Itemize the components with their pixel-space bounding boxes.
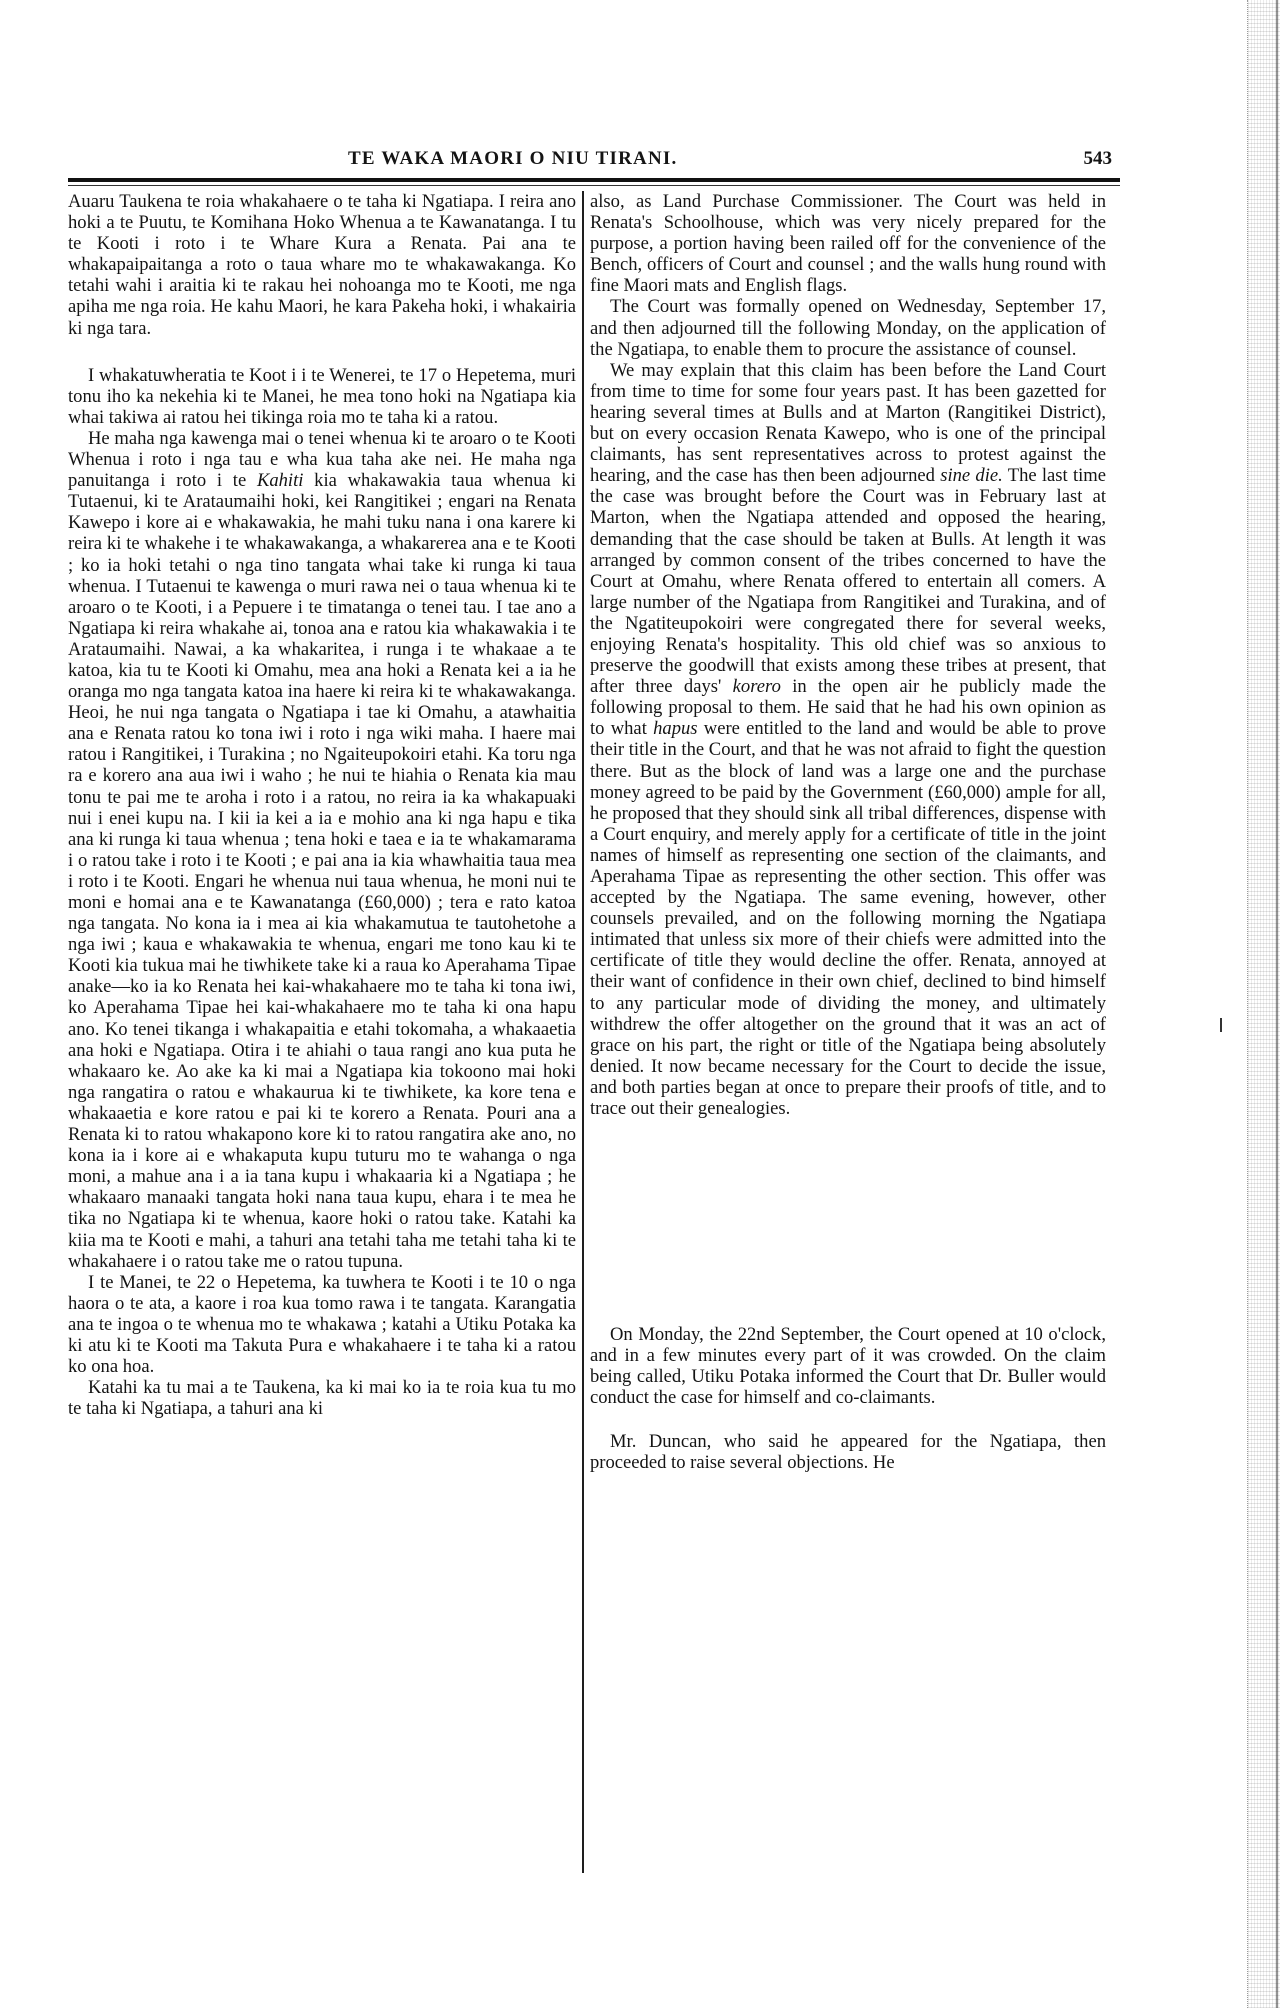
scan-edge-artifact	[1247, 0, 1280, 2008]
right-column-english: also, as Land Purchase Commissioner. The…	[590, 191, 1106, 1473]
paragraph: Auaru Taukena te roia whakahaere o te ta…	[68, 191, 576, 339]
italic-term: sine die.	[940, 465, 1003, 486]
spacer	[590, 1409, 1106, 1431]
paragraph: Katahi ka tu mai a te Taukena, ka ki mai…	[68, 1377, 576, 1419]
text-run: The last time the case was brought befor…	[590, 465, 1106, 697]
paragraph: We may explain that this claim has been …	[590, 360, 1106, 1119]
paragraph: Mr. Duncan, who said he appeared for the…	[590, 1431, 1106, 1473]
paragraph: He maha nga kawenga mai o tenei whenua k…	[68, 428, 576, 1272]
paragraph: On Monday, the 22nd September, the Court…	[590, 1324, 1106, 1408]
spacer	[590, 1119, 1106, 1324]
header-rule-thick	[68, 178, 1120, 182]
running-title: TE WAKA MAORI O NIU TIRANI.	[348, 148, 677, 170]
page-number: 543	[1084, 148, 1113, 170]
paragraph: I te Manei, te 22 o Hepetema, ka tuwhera…	[68, 1272, 576, 1377]
scan-mark	[1220, 1018, 1222, 1032]
spacer	[68, 339, 576, 365]
paragraph: I whakatuwheratia te Koot i i te Wenerei…	[68, 365, 576, 428]
paragraph: The Court was formally opened on Wednesd…	[590, 296, 1106, 359]
column-divider	[582, 191, 584, 1873]
paragraph: also, as Land Purchase Commissioner. The…	[590, 191, 1106, 296]
text-run: kia whakawakia taua whenua ki Tutaenui, …	[68, 470, 576, 1271]
text-run: were entitled to the land and would be a…	[590, 718, 1106, 1119]
page-header: TE WAKA MAORI O NIU TIRANI. 543	[68, 148, 1118, 174]
left-column-maori: Auaru Taukena te roia whakahaere o te ta…	[68, 191, 576, 1419]
italic-term: hapus	[653, 718, 697, 739]
header-rule-thin	[68, 185, 1120, 186]
italic-term: korero	[733, 676, 781, 697]
italic-term: Kahiti	[257, 470, 304, 491]
